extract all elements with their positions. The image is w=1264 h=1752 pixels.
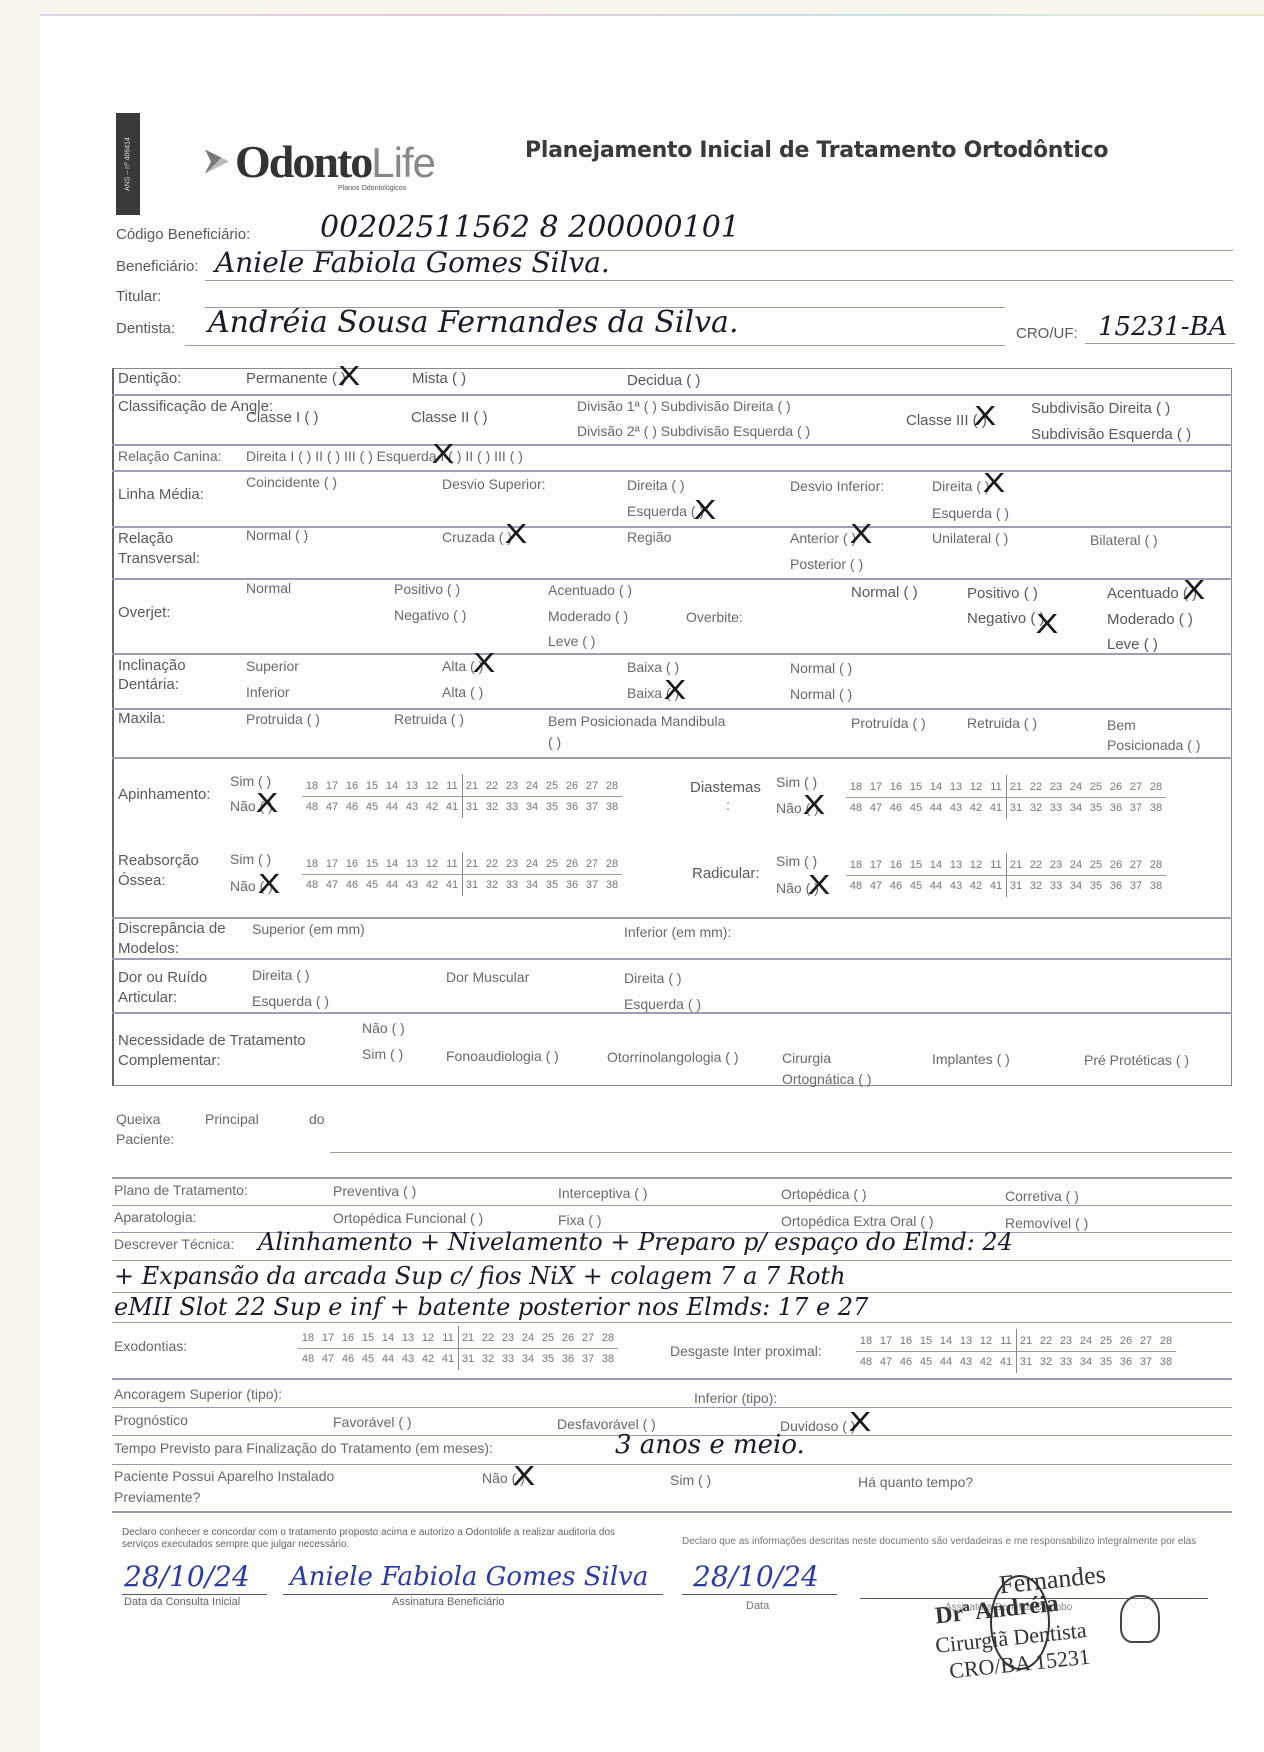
apinhamento-sim-option[interactable]: Sim ( )	[230, 773, 271, 789]
tooth-number[interactable]: 42	[418, 1353, 438, 1365]
tooth-number[interactable]: 28	[1146, 859, 1166, 871]
tooth-number[interactable]: 28	[1146, 781, 1166, 793]
tooth-number[interactable]: 27	[582, 780, 602, 792]
declaration-dentista: Declaro que as informações descritas nes…	[682, 1536, 1222, 1548]
transversal-normal-option[interactable]: Normal ( )	[246, 527, 308, 543]
tooth-number[interactable]: 47	[318, 1353, 338, 1365]
tooth-number[interactable]: 31	[1016, 1356, 1036, 1368]
tooth-number[interactable]: 36	[562, 879, 582, 891]
tooth-number[interactable]: 14	[382, 780, 402, 792]
aparatologia-fixa-option[interactable]: Fixa ( )	[558, 1212, 602, 1228]
inclinacao-inf-normal-option[interactable]: Normal ( )	[790, 686, 852, 702]
angle-classe2-option[interactable]: Classe II ( )	[411, 409, 488, 426]
tooth-number[interactable]: 42	[422, 801, 442, 813]
tooth-number[interactable]: 17	[318, 1332, 338, 1344]
checkmark-x-icon: X	[472, 651, 495, 677]
tooth-number[interactable]: 45	[362, 879, 382, 891]
tooth-number[interactable]: 45	[906, 880, 926, 892]
overbite-moderado-option[interactable]: Moderado ( )	[1107, 611, 1193, 628]
maxila-bem-posicionada-box[interactable]: ( )	[548, 734, 561, 750]
tooth-number[interactable]: 12	[422, 780, 442, 792]
tooth-number[interactable]: 41	[442, 801, 462, 813]
tempo-field[interactable]: 3 anos e meio.	[615, 1430, 805, 1460]
cro-field[interactable]: 15231-BA	[1098, 312, 1227, 342]
tooth-number[interactable]: 28	[598, 1332, 618, 1344]
tooth-number[interactable]: 16	[886, 859, 906, 871]
diastemas-teeth-chart[interactable]: 1817161514131211212223242526272848474645…	[846, 781, 1166, 814]
tooth-number[interactable]: 38	[1156, 1356, 1176, 1368]
plano-preventiva-option[interactable]: Preventiva ( )	[333, 1183, 416, 1199]
dentista-label: Dentista:	[116, 320, 175, 337]
implantes-option[interactable]: Implantes ( )	[932, 1051, 1010, 1067]
tooth-number[interactable]: 36	[1106, 880, 1126, 892]
discrepancia-superior-field[interactable]: Superior (em mm)	[252, 921, 365, 937]
tooth-number[interactable]: 23	[1056, 1335, 1076, 1347]
tooth-number[interactable]: 45	[906, 802, 926, 814]
tooth-number[interactable]: 18	[856, 1335, 876, 1347]
tooth-number[interactable]: 13	[946, 859, 966, 871]
tooth-number[interactable]: 17	[866, 859, 886, 871]
tooth-number[interactable]: 33	[502, 801, 522, 813]
tooth-number[interactable]: 46	[338, 1353, 358, 1365]
complementar-sim-option[interactable]: Sim ( )	[362, 1046, 403, 1062]
pre-proteticas-option[interactable]: Pré Protéticas ( )	[1084, 1052, 1189, 1068]
tooth-number[interactable]: 15	[362, 858, 382, 870]
ancoragem-superior-field[interactable]: Ancoragem Superior (tipo):	[114, 1386, 282, 1402]
tooth-number[interactable]: 37	[1126, 802, 1146, 814]
tooth-number[interactable]: 33	[1056, 1356, 1076, 1368]
aparelho-label: Paciente Possui Aparelho Instalado	[114, 1468, 334, 1484]
tooth-number[interactable]: 33	[1046, 802, 1066, 814]
tooth-number[interactable]: 34	[522, 801, 542, 813]
tooth-number[interactable]: 47	[322, 801, 342, 813]
tooth-number[interactable]: 33	[1046, 880, 1066, 892]
tooth-number[interactable]: 12	[976, 1335, 996, 1347]
tooth-number[interactable]: 38	[598, 1353, 618, 1365]
tooth-number[interactable]: 28	[602, 780, 622, 792]
tooth-number[interactable]: 14	[926, 781, 946, 793]
tooth-number[interactable]: 44	[926, 880, 946, 892]
tooth-number[interactable]: 24	[1066, 781, 1086, 793]
desvio-inf-esquerda-option[interactable]: Esquerda ( )	[932, 505, 1009, 521]
tooth-number[interactable]: 13	[402, 780, 422, 792]
dor-direita-option[interactable]: Direita ( )	[252, 967, 310, 983]
tooth-number[interactable]: 48	[302, 879, 322, 891]
mandibula-retruida-option[interactable]: Retruida ( )	[967, 715, 1037, 731]
tooth-number[interactable]: 13	[398, 1332, 418, 1344]
tooth-number[interactable]: 43	[956, 1356, 976, 1368]
apinhamento-teeth-chart[interactable]: 1817161514131211212223242526272848474645…	[302, 780, 622, 813]
tooth-number[interactable]: 37	[582, 879, 602, 891]
tooth-number[interactable]: 14	[382, 858, 402, 870]
tooth-number[interactable]: 44	[936, 1356, 956, 1368]
tooth-number[interactable]: 31	[1006, 802, 1026, 814]
dentista-field[interactable]: Andréia Sousa Fernandes da Silva.	[208, 305, 738, 340]
tooth-number[interactable]: 42	[966, 880, 986, 892]
inclinacao-sup-normal-option[interactable]: Normal ( )	[790, 660, 852, 676]
tooth-number[interactable]: 15	[362, 780, 382, 792]
plano-interceptiva-option[interactable]: Interceptiva ( )	[558, 1185, 647, 1201]
tooth-number[interactable]: 32	[482, 879, 502, 891]
tooth-number[interactable]: 32	[478, 1353, 498, 1365]
tooth-number[interactable]: 45	[362, 801, 382, 813]
tooth-number[interactable]: 28	[602, 858, 622, 870]
tooth-number[interactable]: 25	[542, 780, 562, 792]
tooth-number[interactable]: 11	[438, 1332, 458, 1344]
tooth-number[interactable]: 11	[996, 1335, 1016, 1347]
reabsorcao-sim-option[interactable]: Sim ( )	[230, 851, 271, 867]
tooth-number[interactable]: 34	[522, 879, 542, 891]
canina-options[interactable]: Direita I ( ) II ( ) III ( ) Esquerda I …	[246, 448, 523, 464]
tooth-number[interactable]: 12	[966, 859, 986, 871]
aparatologia-label: Aparatologia:	[114, 1209, 197, 1225]
tooth-number[interactable]: 43	[402, 879, 422, 891]
tecnica-line-1[interactable]: Alinhamento + Nivelamento + Preparo p/ e…	[258, 1228, 1013, 1256]
tooth-number[interactable]: 32	[482, 801, 502, 813]
date-dentista-field[interactable]: 28/10/24	[693, 1560, 819, 1593]
tooth-number[interactable]: 21	[462, 780, 482, 792]
exodontias-teeth-chart[interactable]: 1817161514131211212223242526272848474645…	[298, 1332, 618, 1365]
tooth-number[interactable]: 43	[402, 801, 422, 813]
tecnica-line-3[interactable]: eMII Slot 22 Sup e inf + batente posteri…	[114, 1293, 868, 1321]
tooth-number[interactable]: 46	[342, 801, 362, 813]
tooth-number[interactable]: 11	[442, 858, 462, 870]
tooth-number[interactable]: 26	[558, 1332, 578, 1344]
tooth-number[interactable]: 26	[1106, 781, 1126, 793]
tooth-number[interactable]: 38	[1146, 802, 1166, 814]
maxila-retruida-option[interactable]: Retruida ( )	[394, 711, 464, 727]
queixa-field[interactable]	[330, 1152, 1232, 1153]
tooth-number[interactable]: 34	[518, 1353, 538, 1365]
tooth-number[interactable]: 36	[558, 1353, 578, 1365]
codigo-label: Código Beneficiário:	[116, 226, 250, 243]
tooth-number[interactable]: 24	[522, 858, 542, 870]
reabsorcao-label-2: Óssea:	[118, 872, 166, 889]
tooth-number[interactable]: 18	[302, 780, 322, 792]
cirurgia-ortognatica-option[interactable]: Ortognática ( )	[782, 1071, 871, 1087]
tooth-number[interactable]: 48	[846, 802, 866, 814]
tooth-number[interactable]: 45	[358, 1353, 378, 1365]
denticao-permanente-option[interactable]: Permanente ( )	[246, 370, 346, 387]
tooth-number[interactable]: 38	[602, 801, 622, 813]
desvio-inf-direita-option[interactable]: Direita ( )	[932, 478, 990, 494]
maxila-protruida-option[interactable]: Protruida ( )	[246, 711, 320, 727]
tooth-number[interactable]: 48	[846, 880, 866, 892]
tooth-number[interactable]: 43	[946, 802, 966, 814]
overbite-normal-option[interactable]: Normal ( )	[851, 584, 918, 601]
transversal-bilateral-option[interactable]: Bilateral ( )	[1090, 532, 1158, 548]
tooth-number[interactable]: 25	[1086, 859, 1106, 871]
maxila-bem-posicionada-option[interactable]: Bem Posicionada Mandibula	[548, 713, 725, 729]
overjet-acentuado-option[interactable]: Acentuado ( )	[548, 582, 632, 598]
tooth-number[interactable]: 16	[886, 781, 906, 793]
tooth-number[interactable]: 18	[846, 859, 866, 871]
tooth-number[interactable]: 34	[1066, 802, 1086, 814]
aparelho-tempo-field[interactable]: Há quanto tempo?	[858, 1474, 973, 1490]
tooth-number[interactable]: 24	[1066, 859, 1086, 871]
fonoaudiologia-option[interactable]: Fonoaudiologia ( )	[446, 1048, 559, 1064]
tooth-number[interactable]: 38	[1146, 880, 1166, 892]
signature-beneficiario[interactable]: Aniele Fabiola Gomes Silva	[290, 1562, 648, 1592]
tooth-number[interactable]: 14	[926, 859, 946, 871]
tooth-number[interactable]: 38	[602, 879, 622, 891]
tooth-number[interactable]: 47	[866, 880, 886, 892]
tooth-number[interactable]: 15	[906, 859, 926, 871]
teeth-midline	[1006, 853, 1007, 897]
inclinacao-sup-baixa-option[interactable]: Baixa ( )	[627, 659, 679, 675]
codigo-field[interactable]: 00202511562 8 200000101	[320, 210, 740, 245]
aparatologia-extra-oral-option[interactable]: Ortopédica Extra Oral ( )	[781, 1213, 934, 1229]
overbite-leve-option[interactable]: Leve ( )	[1107, 636, 1158, 653]
tooth-number[interactable]: 31	[462, 801, 482, 813]
tooth-number[interactable]: 15	[358, 1332, 378, 1344]
tooth-number[interactable]: 27	[582, 858, 602, 870]
aparatologia-ortopedica-funcional-option[interactable]: Ortopédica Funcional ( )	[333, 1210, 483, 1226]
dor-muscular-esquerda-option[interactable]: Esquerda ( )	[624, 996, 701, 1012]
diastemas-sim-option[interactable]: Sim ( )	[776, 774, 817, 790]
tecnica-label: Descrever Técnica:	[114, 1236, 234, 1252]
otorrino-option[interactable]: Otorrinolangologia ( )	[607, 1049, 739, 1065]
angle-classe1-option[interactable]: Classe I ( )	[246, 409, 319, 426]
tooth-number[interactable]: 34	[1076, 1356, 1096, 1368]
tooth-number[interactable]: 47	[876, 1356, 896, 1368]
tooth-number[interactable]: 13	[946, 781, 966, 793]
tooth-number[interactable]: 17	[866, 781, 886, 793]
tooth-number[interactable]: 25	[542, 858, 562, 870]
tooth-number[interactable]: 42	[966, 802, 986, 814]
tooth-number[interactable]: 36	[562, 801, 582, 813]
tooth-number[interactable]: 26	[1106, 859, 1126, 871]
tooth-number[interactable]: 35	[542, 801, 562, 813]
tooth-number[interactable]: 12	[418, 1332, 438, 1344]
overjet-leve-option[interactable]: Leve ( )	[548, 633, 595, 649]
tooth-number[interactable]: 32	[1036, 1356, 1056, 1368]
tooth-number[interactable]: 11	[986, 859, 1006, 871]
tooth-number[interactable]: 44	[382, 879, 402, 891]
apinhamento-label: Apinhamento:	[118, 786, 211, 803]
tooth-number[interactable]: 34	[1066, 880, 1086, 892]
tooth-number[interactable]: 16	[338, 1332, 358, 1344]
tooth-number[interactable]: 41	[442, 879, 462, 891]
aparatologia-removivel-option[interactable]: Removível ( )	[1005, 1215, 1088, 1231]
tooth-number[interactable]: 42	[422, 879, 442, 891]
radicular-sim-option[interactable]: Sim ( )	[776, 853, 817, 869]
inclinacao-inf-alta-option[interactable]: Alta ( )	[442, 684, 483, 700]
tooth-number[interactable]: 31	[458, 1353, 478, 1365]
tooth-number[interactable]: 45	[916, 1356, 936, 1368]
tooth-number[interactable]: 17	[876, 1335, 896, 1347]
tooth-number[interactable]: 26	[562, 780, 582, 792]
tooth-number[interactable]: 22	[482, 780, 502, 792]
mandibula-protruida-option[interactable]: Protruída ( )	[851, 715, 926, 731]
tooth-number[interactable]: 43	[946, 880, 966, 892]
tooth-number[interactable]: 26	[1116, 1335, 1136, 1347]
tooth-number[interactable]: 16	[896, 1335, 916, 1347]
tooth-number[interactable]: 26	[562, 858, 582, 870]
tooth-number[interactable]: 27	[578, 1332, 598, 1344]
tooth-number[interactable]: 23	[502, 858, 522, 870]
radicular-teeth-chart[interactable]: 1817161514131211212223242526272848474645…	[846, 859, 1166, 892]
tooth-number[interactable]: 13	[402, 858, 422, 870]
tooth-number[interactable]: 22	[478, 1332, 498, 1344]
tooth-number[interactable]: 36	[1116, 1356, 1136, 1368]
transversal-unilateral-option[interactable]: Unilateral ( )	[932, 530, 1008, 546]
denticao-decidua-option[interactable]: Decidua ( )	[627, 372, 700, 389]
aparelho-sim-option[interactable]: Sim ( )	[670, 1472, 711, 1488]
tooth-number[interactable]: 21	[458, 1332, 478, 1344]
tooth-number[interactable]: 16	[342, 858, 362, 870]
tooth-number[interactable]: 42	[976, 1356, 996, 1368]
tooth-number[interactable]: 21	[1006, 859, 1026, 871]
tooth-number[interactable]: 14	[378, 1332, 398, 1344]
tooth-number[interactable]: 21	[1016, 1335, 1036, 1347]
tooth-number[interactable]: 23	[1046, 859, 1066, 871]
tooth-number[interactable]: 17	[322, 780, 342, 792]
denticao-mista-option[interactable]: Mista ( )	[412, 370, 466, 387]
beneficiario-field[interactable]: Aniele Fabiola Gomes Silva.	[215, 246, 610, 279]
tooth-number[interactable]: 27	[1126, 781, 1146, 793]
angle-div2-option[interactable]: Divisão 2ª ( ) Subdivisão Esquerda ( )	[577, 423, 810, 439]
tooth-number[interactable]: 23	[1046, 781, 1066, 793]
tooth-number[interactable]: 13	[956, 1335, 976, 1347]
tooth-number[interactable]: 12	[966, 781, 986, 793]
transversal-cruzada-option[interactable]: Cruzada ( )	[442, 529, 512, 545]
tooth-number[interactable]: 15	[906, 781, 926, 793]
tooth-number[interactable]: 11	[986, 781, 1006, 793]
angle-div1-option[interactable]: Divisão 1ª ( ) Subdivisão Direita ( )	[577, 398, 791, 414]
dor-muscular-direita-option[interactable]: Direita ( )	[624, 970, 682, 986]
tooth-number[interactable]: 21	[1006, 781, 1026, 793]
reabsorcao-teeth-chart[interactable]: 1817161514131211212223242526272848474645…	[302, 858, 622, 891]
tooth-number[interactable]: 41	[986, 880, 1006, 892]
tooth-number[interactable]: 28	[1156, 1335, 1176, 1347]
tooth-number[interactable]: 22	[482, 858, 502, 870]
overjet-normal-label: Normal	[246, 580, 291, 596]
tooth-number[interactable]: 17	[322, 858, 342, 870]
tooth-icon	[1120, 1595, 1160, 1643]
prognostico-favoravel-option[interactable]: Favorável ( )	[333, 1414, 412, 1430]
tooth-number[interactable]: 23	[498, 1332, 518, 1344]
overjet-moderado-option[interactable]: Moderado ( )	[548, 608, 628, 624]
tooth-number[interactable]: 47	[866, 802, 886, 814]
tooth-number[interactable]: 24	[1076, 1335, 1096, 1347]
transversal-posterior-option[interactable]: Posterior ( )	[790, 556, 863, 572]
tooth-number[interactable]: 41	[996, 1356, 1016, 1368]
tooth-number[interactable]: 37	[1126, 880, 1146, 892]
tooth-number[interactable]: 23	[502, 780, 522, 792]
overbite-positivo-option[interactable]: Positivo ( )	[967, 585, 1038, 602]
tooth-number[interactable]: 46	[896, 1356, 916, 1368]
tooth-number[interactable]: 25	[1086, 781, 1106, 793]
angle-subdiv-esquerda-option[interactable]: Subdivisão Esquerda ( )	[1031, 426, 1191, 443]
tooth-number[interactable]: 46	[342, 879, 362, 891]
tooth-number[interactable]: 25	[538, 1332, 558, 1344]
tooth-number[interactable]: 18	[298, 1332, 318, 1344]
dor-esquerda-option[interactable]: Esquerda ( )	[252, 993, 329, 1009]
tooth-number[interactable]: 41	[986, 802, 1006, 814]
overjet-negativo-option[interactable]: Negativo ( )	[394, 607, 466, 623]
tooth-number[interactable]: 47	[322, 879, 342, 891]
mandibula-bem-posicionada-option[interactable]: Posicionada ( )	[1107, 737, 1200, 753]
tooth-number[interactable]: 46	[886, 802, 906, 814]
tooth-number[interactable]: 44	[382, 801, 402, 813]
tooth-number[interactable]: 32	[1026, 802, 1046, 814]
tooth-number[interactable]: 11	[442, 780, 462, 792]
tooth-number[interactable]: 48	[302, 801, 322, 813]
tooth-number[interactable]: 48	[298, 1353, 318, 1365]
plano-corretiva-option[interactable]: Corretiva ( )	[1005, 1188, 1079, 1204]
tooth-number[interactable]: 24	[518, 1332, 538, 1344]
tooth-number[interactable]: 41	[438, 1353, 458, 1365]
overjet-positivo-option[interactable]: Positivo ( )	[394, 581, 460, 597]
tooth-number[interactable]: 15	[916, 1335, 936, 1347]
desgaste-teeth-chart[interactable]: 1817161514131211212223242526272848474645…	[856, 1335, 1176, 1368]
desvio-sup-direita-option[interactable]: Direita ( )	[627, 477, 685, 493]
discrepancia-inferior-field[interactable]: Inferior (em mm):	[624, 924, 731, 940]
tooth-number[interactable]: 48	[856, 1356, 876, 1368]
tooth-number[interactable]: 32	[1026, 880, 1046, 892]
tooth-number[interactable]: 25	[1096, 1335, 1116, 1347]
tooth-number[interactable]: 12	[422, 858, 442, 870]
logo-main-text: Odonto	[235, 135, 371, 188]
tooth-number[interactable]: 27	[1126, 859, 1146, 871]
tecnica-line-2[interactable]: + Expansão da arcada Sup c/ fios NiX + c…	[114, 1262, 846, 1290]
tooth-number[interactable]: 18	[302, 858, 322, 870]
tooth-number[interactable]: 31	[462, 879, 482, 891]
diastemas-label: Diastemas	[690, 779, 761, 796]
angle-subdiv-direita-option[interactable]: Subdivisão Direita ( )	[1031, 400, 1170, 417]
plano-ortopedica-option[interactable]: Ortopédica ( )	[781, 1186, 867, 1202]
ancoragem-inferior-field[interactable]: Inferior (tipo):	[694, 1390, 777, 1406]
beneficiario-label: Beneficiário:	[116, 258, 199, 275]
mandibula-bem-label: Bem	[1107, 717, 1136, 733]
tooth-number[interactable]: 44	[926, 802, 946, 814]
tooth-number[interactable]: 21	[462, 858, 482, 870]
tooth-number[interactable]: 35	[1086, 880, 1106, 892]
tooth-number[interactable]: 44	[378, 1353, 398, 1365]
tooth-number[interactable]: 36	[1106, 802, 1126, 814]
tooth-number[interactable]: 31	[1006, 880, 1026, 892]
tooth-number[interactable]: 37	[578, 1353, 598, 1365]
tooth-number[interactable]: 33	[502, 879, 522, 891]
tooth-number[interactable]: 22	[1036, 1335, 1056, 1347]
tooth-number[interactable]: 46	[886, 880, 906, 892]
row-divider	[112, 1511, 1232, 1513]
tooth-number[interactable]: 22	[1026, 859, 1046, 871]
date-consulta-underline	[122, 1594, 267, 1595]
tooth-number[interactable]: 18	[846, 781, 866, 793]
tooth-number[interactable]: 43	[398, 1353, 418, 1365]
coincidente-option[interactable]: Coincidente ( )	[246, 474, 337, 490]
tooth-number[interactable]: 16	[342, 780, 362, 792]
tooth-number[interactable]: 22	[1026, 781, 1046, 793]
dor-muscular-label: Dor Muscular	[446, 969, 529, 985]
tooth-number[interactable]: 35	[538, 1353, 558, 1365]
tooth-number[interactable]: 35	[1096, 1356, 1116, 1368]
tooth-number[interactable]: 35	[1086, 802, 1106, 814]
overbite-negativo-option[interactable]: Negativo ( )	[967, 610, 1045, 627]
tooth-number[interactable]: 37	[582, 801, 602, 813]
tooth-number[interactable]: 24	[522, 780, 542, 792]
tooth-number[interactable]: 14	[936, 1335, 956, 1347]
date-consulta-field[interactable]: 28/10/24	[124, 1560, 250, 1593]
tooth-number[interactable]: 37	[1136, 1356, 1156, 1368]
transversal-anterior-option[interactable]: Anterior ( )	[790, 530, 856, 546]
tooth-number[interactable]: 33	[498, 1353, 518, 1365]
complementar-nao-option[interactable]: Não ( )	[362, 1020, 405, 1036]
tooth-number[interactable]: 27	[1136, 1335, 1156, 1347]
tooth-number[interactable]: 35	[542, 879, 562, 891]
